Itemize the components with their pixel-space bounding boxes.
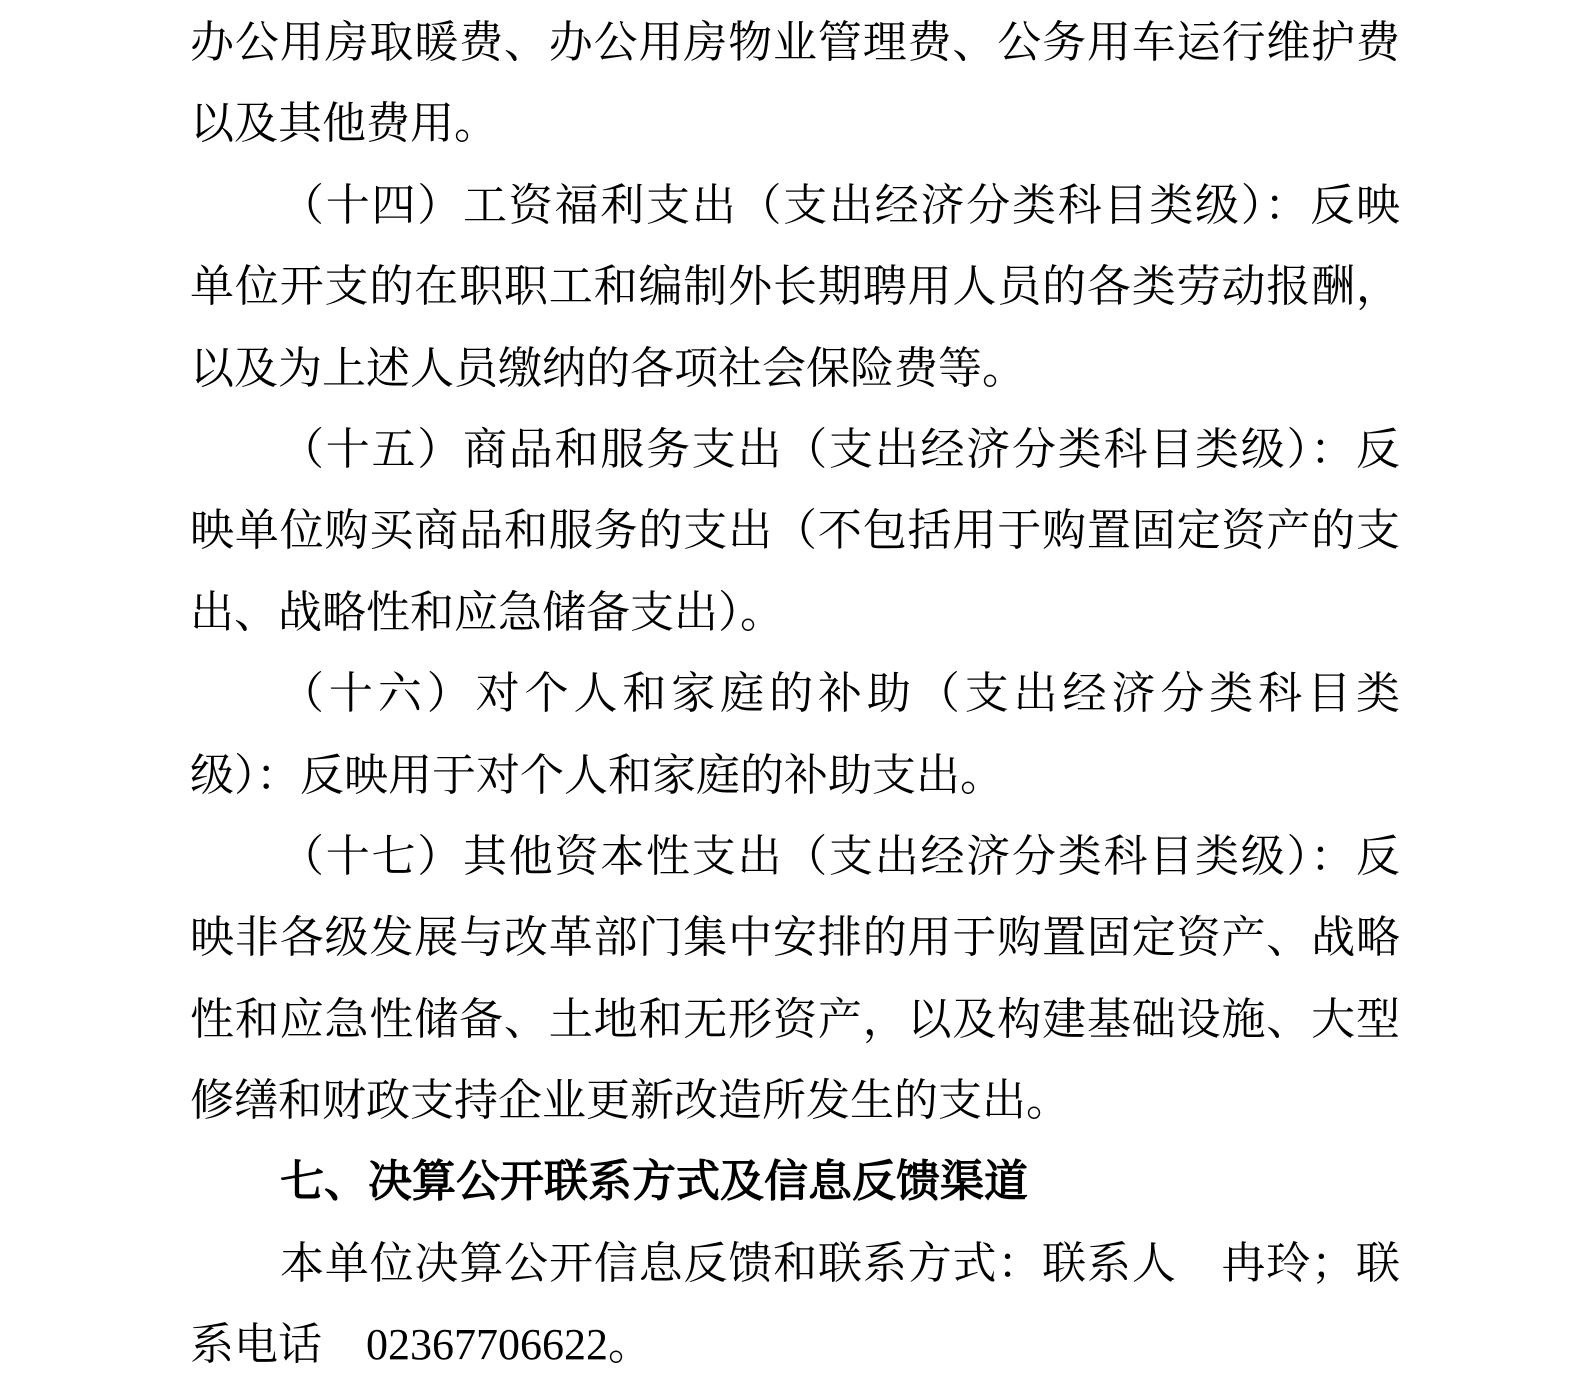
text-line: 出、战略性和应急储备支出）。 (190, 572, 1400, 653)
text-line: （十六）对个人和家庭的补助（支出经济分类科目类 (190, 653, 1400, 734)
section-heading: 七、决算公开联系方式及信息反馈渠道 (190, 1141, 1400, 1222)
text-line: 办公用房取暖费、办公用房物业管理费、公务用车运行维护费 (190, 2, 1400, 83)
text-line: （十四）工资福利支出（支出经济分类科目类级）：反映 (190, 165, 1400, 246)
text-line: （十七）其他资本性支出（支出经济分类科目类级）：反 (190, 816, 1400, 897)
document-page: 办公用房取暖费、办公用房物业管理费、公务用车运行维护费 以及其他费用。 （十四）… (0, 0, 1588, 1387)
text-line: 修缮和财政支持企业更新改造所发生的支出。 (190, 1060, 1400, 1141)
contact-line: 系电话 02367706622。 (190, 1304, 1400, 1385)
contact-line: 本单位决算公开信息反馈和联系方式：联系人 冉玲；联 (190, 1223, 1400, 1304)
text-line: （十五）商品和服务支出（支出经济分类科目类级）：反 (190, 409, 1400, 490)
text-line: 以及为上述人员缴纳的各项社会保险费等。 (190, 328, 1400, 409)
text-line: 性和应急性储备、土地和无形资产，以及构建基础设施、大型 (190, 979, 1400, 1060)
text-line: 映单位购买商品和服务的支出（不包括用于购置固定资产的支 (190, 490, 1400, 571)
text-line: 单位开支的在职职工和编制外长期聘用人员的各类劳动报酬， (190, 246, 1400, 327)
text-line: 映非各级发展与改革部门集中安排的用于购置固定资产、战略 (190, 897, 1400, 978)
text-line: 级）：反映用于对个人和家庭的补助支出。 (190, 735, 1400, 816)
text-line: 以及其他费用。 (190, 83, 1400, 164)
document-content: 办公用房取暖费、办公用房物业管理费、公务用车运行维护费 以及其他费用。 （十四）… (0, 0, 1588, 1386)
